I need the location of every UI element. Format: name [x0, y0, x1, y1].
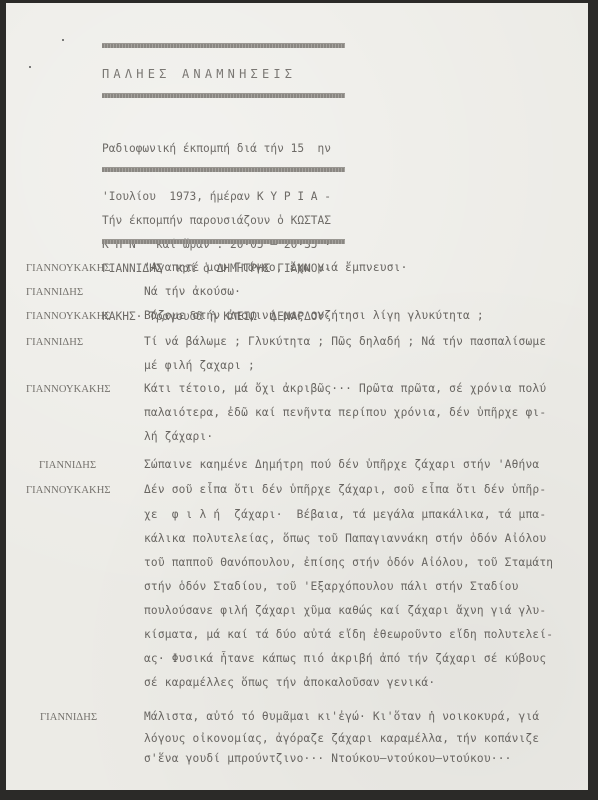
dialogue-line: σέ καραμέλλες ὅπως τήν ἀποκαλοῦσαν γενικ… — [144, 676, 435, 689]
dialogue-line: Δέν σοῦ εἶπα ὅτι δέν ὑπῆρχε ζάχαρι, σοῦ … — [144, 483, 546, 496]
speaker-label: ΓΙΑΝΝΟΥΚΑΚΗΣ — [26, 311, 111, 322]
document-title: ΠΑΛΗΕΣ ΑΝΑΜΝΗΣΕΙΣ — [102, 67, 352, 81]
document-page: ΠΑΛΗΕΣ ΑΝΑΜΝΗΣΕΙΣ Ραδιοφωνική έκπομπή δι… — [6, 3, 588, 790]
dialogue-line: στήν ὁδόν Σταδίου, τοῦ 'Εξαρχόπουλου πάλ… — [144, 580, 519, 593]
broadcast-info-line: Ραδιοφωνική έκπομπή διά τήν 15 ην — [102, 141, 362, 157]
dialogue-line: ας· Φυσικά ἦτανε κάπως πιό ἀκριβή ἀπό τή… — [144, 652, 546, 665]
speaker-label: ΓΙΑΝΝΙΔΗΣ — [26, 287, 83, 298]
header-rule-middle — [102, 93, 345, 98]
dialogue-line: τοῦ παπποῦ Θανόπουλου, ἐπίσης στήν ὁδόν … — [144, 556, 553, 569]
dialogue-line: κάλικα πολυτελείας, ὅπως τοῦ Παπαγιαννάκ… — [144, 532, 546, 545]
dialogue-line: Τί νά βάλωμε ; Γλυκύτητα ; Πῶς δηλαδή ; … — [144, 335, 546, 348]
dialogue-line: κίσματα, μά καί τά δύο αὐτά εἴδη ἐθεωροῦ… — [144, 628, 553, 641]
dialogue-line: λή ζάχαρι· — [144, 430, 213, 443]
speaker-label: ΓΙΑΝΝΙΔΗΣ — [39, 460, 96, 471]
header-rule-lower — [102, 167, 345, 172]
speaker-label: ΓΙΑΝΝΟΥΚΑΚΗΣ — [26, 263, 111, 274]
paper-speck — [62, 39, 64, 41]
dialogue-line: Κάτι τέτοιο, μά ὄχι ἀκριβῶς··· Πρῶτα πρῶ… — [144, 382, 546, 395]
speaker-label: ΓΙΑΝΝΟΥΚΑΚΗΣ — [26, 485, 111, 496]
dialogue-line: μέ φιλή ζαχαρι ; — [144, 359, 255, 372]
dialogue-line: Μάλιστα, αὐτό τό θυμᾶμαι κι'ἐγώ· Κι'ὅταν… — [144, 710, 539, 723]
dialogue-line: λόγους οἰκονομίας, ἀγόραζε ζάχαρι καραμέ… — [144, 732, 539, 745]
dialogue-line: πουλούσανε φιλή ζάχαρι χῦμα καθώς καί ζά… — [144, 604, 546, 617]
dialogue-line: 'Αγαπητέ μου Γιάγκο, ἔχω μιά ἔμπνευσι· — [144, 261, 408, 274]
header-rule-bottom — [102, 239, 345, 244]
speaker-label: ΓΙΑΝΝΙΔΗΣ — [40, 712, 97, 723]
speaker-label: ΓΙΑΝΝΟΥΚΑΚΗΣ — [26, 384, 111, 395]
dialogue-line: παλαιότερα, ἐδῶ καί πενῆντα περίπου χρόν… — [144, 406, 546, 419]
dialogue-line: Νά τήν ἀκούσω· — [144, 285, 241, 298]
dialogue-line: Βάζομε στήν ἀποψινή μας συζήτησι λίγη γλ… — [144, 309, 484, 322]
paper-speck — [29, 66, 31, 68]
dialogue-line: χε φ ι λ ή ζάχαρι· Βέβαια, τά μεγάλα μπα… — [144, 508, 546, 521]
header-rule-top — [102, 43, 345, 48]
speaker-label: ΓΙΑΝΝΙΔΗΣ — [26, 337, 83, 348]
dialogue-line: Σώπαινε καημένε Δημήτρη πού δέν ὑπῆρχε ζ… — [144, 458, 539, 471]
dialogue-line: σ'ἕνα γουδί μπρούντζινο··· Ντούκου–ντούκ… — [144, 752, 512, 765]
presenters-line: Τήν έκπομπήν παρουσιάζουν ὁ ΚΩΣΤΑΣ — [102, 213, 362, 229]
